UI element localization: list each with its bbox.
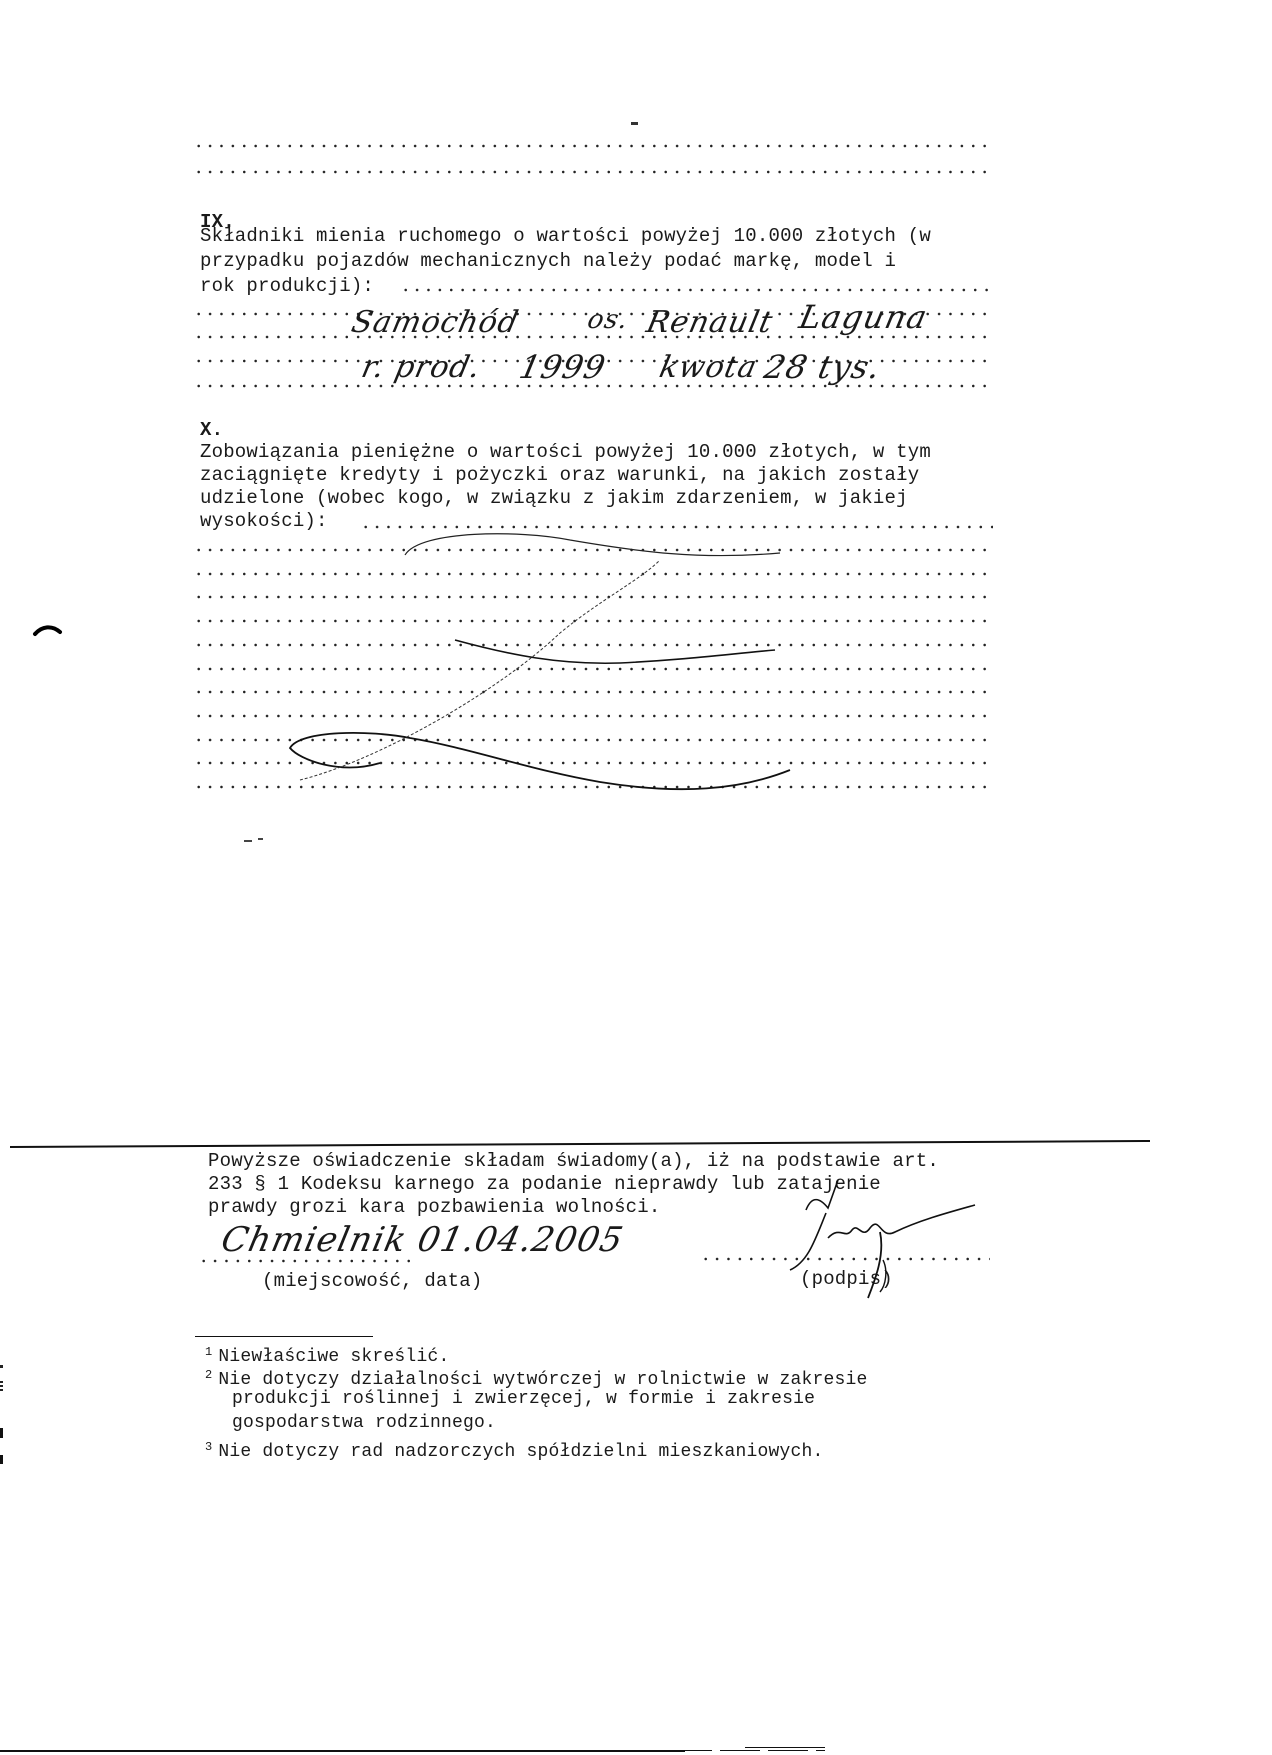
dotted-line <box>193 169 993 175</box>
place-date-label: (miejscowość, data) <box>262 1270 482 1292</box>
handwritten-value-label: kwota <box>656 350 760 385</box>
scan-bottom-edge <box>0 1750 825 1751</box>
dotted-line <box>193 689 993 695</box>
dotted-line <box>400 287 993 293</box>
handwritten-place-date: Chmielnik 01.04.2005 <box>218 1220 627 1260</box>
section-x-text-line: wysokości): <box>200 510 328 532</box>
scan-edge-mark <box>0 1365 3 1368</box>
dotted-line <box>193 594 993 600</box>
scan-edge-mark <box>0 1428 3 1438</box>
section-ix-text-line: rok produkcji): <box>200 275 374 297</box>
handwritten-value: 28 tys. <box>761 348 884 386</box>
dotted-line <box>193 713 993 719</box>
dotted-line <box>193 737 993 743</box>
dotted-line <box>193 642 993 648</box>
footnote-mark: 1 <box>205 1345 212 1359</box>
footnote-2-continued: gospodarstwa rodzinnego. <box>232 1412 496 1434</box>
scan-speck <box>258 838 263 840</box>
footnote-3: 3Nie dotyczy rad nadzorczych spółdzielni… <box>205 1436 824 1463</box>
document-page: IX. Składniki mienia ruchomego o wartośc… <box>0 0 1272 1755</box>
footnote-divider <box>195 1336 373 1337</box>
dotted-line <box>360 524 993 530</box>
footnote-mark: 3 <box>205 1440 212 1454</box>
footnote-2-continued: produkcji roślinnej i zwierzęcej, w form… <box>232 1388 815 1410</box>
handwritten-vehicle-type: Samochód <box>348 305 522 340</box>
scan-bottom-edge <box>745 1747 825 1748</box>
handwritten-production-year-label: r. prod. <box>358 350 484 385</box>
signature-label: (podpis) <box>800 1268 893 1290</box>
section-x-text-line: Zobowiązania pieniężne o wartości powyże… <box>200 441 931 463</box>
handwritten-abbrev: os. <box>585 305 632 335</box>
dotted-line <box>193 760 993 766</box>
footnote-text: Nie dotyczy działalności wytwórczej w ro… <box>218 1370 867 1390</box>
declaration-text-line: prawdy grozi kara pozbawienia wolności. <box>208 1196 660 1218</box>
section-ix-text-line: Składniki mienia ruchomego o wartości po… <box>200 225 931 247</box>
handwritten-make: Renault <box>643 305 776 340</box>
scan-speck <box>631 122 638 125</box>
signature-line <box>700 1256 990 1262</box>
dotted-line <box>193 666 993 672</box>
dotted-line <box>193 571 993 577</box>
dotted-line <box>193 784 993 790</box>
handwritten-model: Laguna <box>796 298 931 336</box>
scan-speck <box>244 840 252 842</box>
footnote-text: Nie dotyczy rad nadzorczych spółdzielni … <box>218 1442 823 1462</box>
footnote-mark: 2 <box>205 1368 212 1382</box>
section-x-text-line: zaciągnięte kredyty i pożyczki oraz waru… <box>200 464 919 486</box>
scan-edge-mark <box>0 1381 3 1393</box>
section-x-number: X. <box>200 419 223 441</box>
scan-edge-mark <box>0 1455 3 1464</box>
declaration-divider <box>10 1140 1150 1148</box>
declaration-text-line: 233 § 1 Kodeksu karnego za podanie niepr… <box>208 1173 881 1195</box>
declaration-text-line: Powyższe oświadczenie składam świadomy(a… <box>208 1150 939 1172</box>
dotted-line <box>193 143 993 149</box>
handwritten-production-year: 1999 <box>516 348 610 386</box>
section-ix-text-line: przypadku pojazdów mechanicznych należy … <box>200 250 896 272</box>
dotted-line <box>193 547 993 553</box>
footnote-2: 2Nie dotyczy działalności wytwórczej w r… <box>205 1364 868 1391</box>
section-x-text-line: udzielone (wobec kogo, w związku z jakim… <box>200 487 908 509</box>
place-date-line <box>198 1258 413 1264</box>
dotted-line <box>193 618 993 624</box>
